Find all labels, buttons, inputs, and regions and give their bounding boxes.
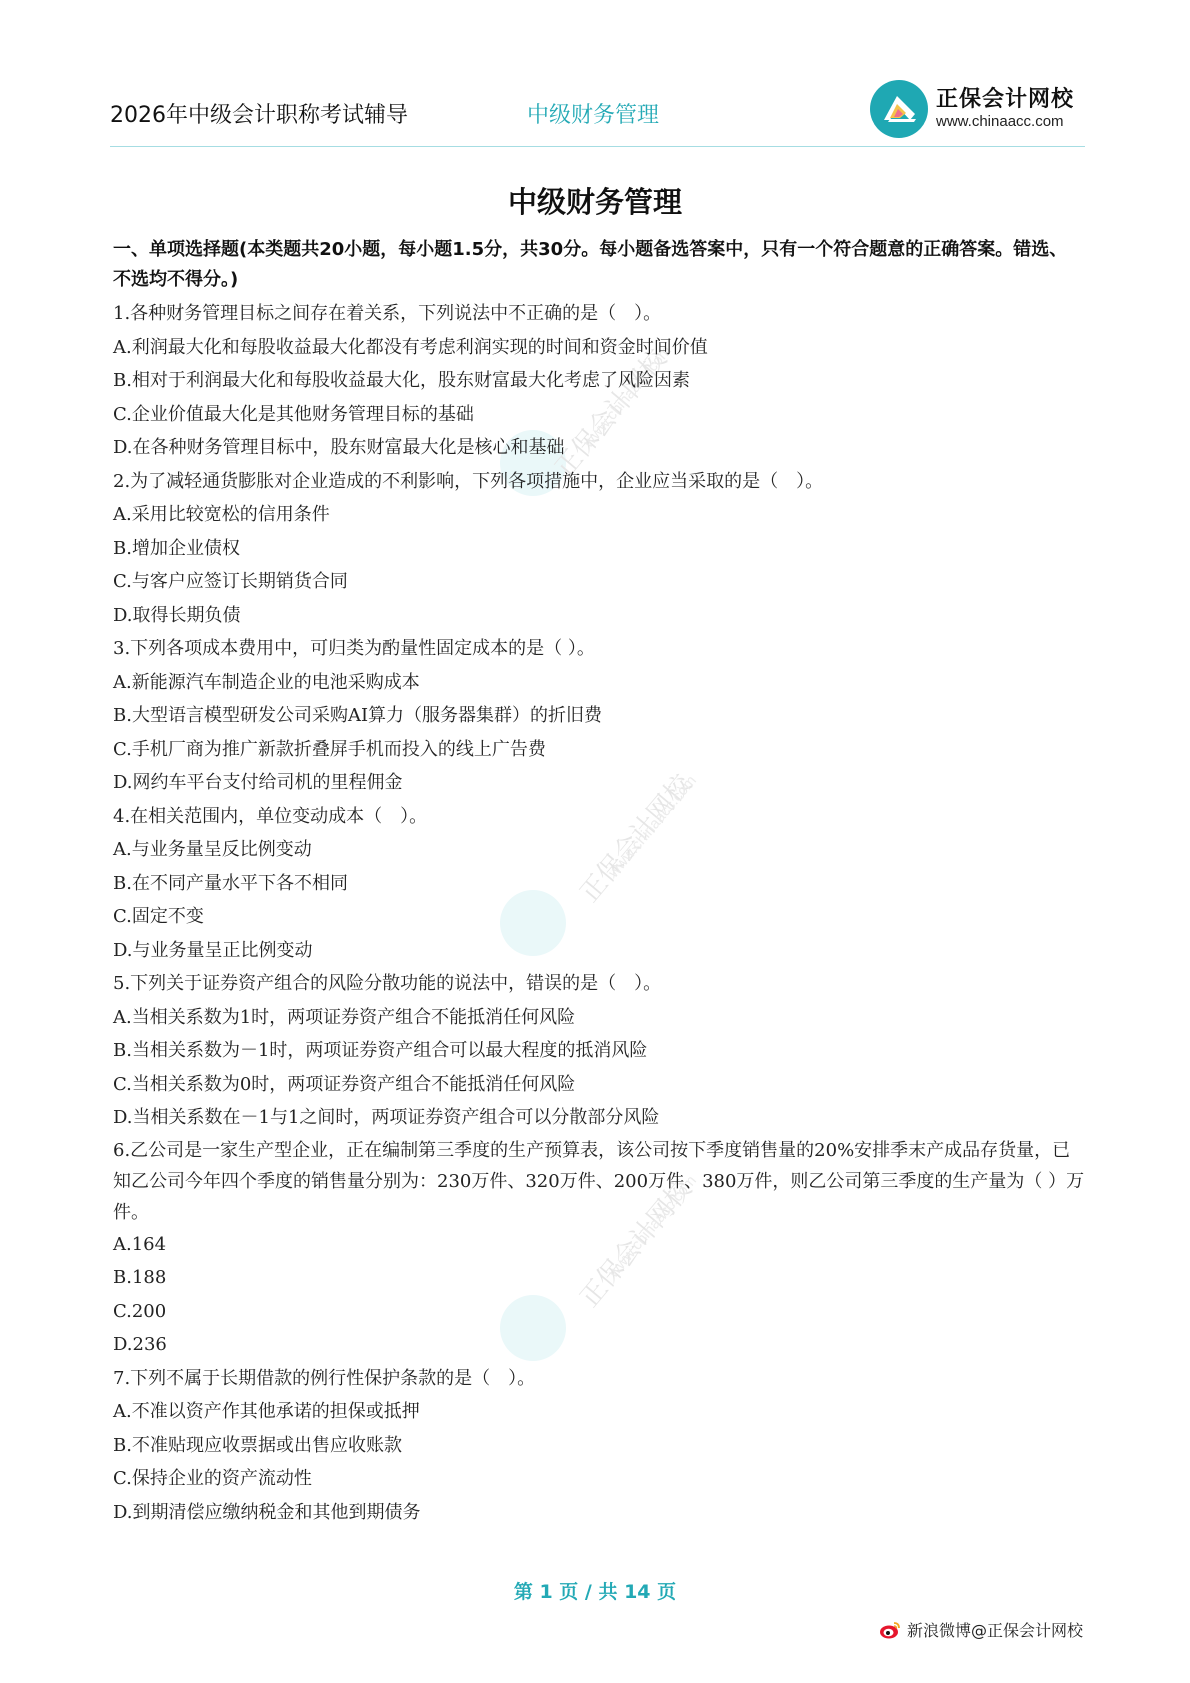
option-a: A.与业务量呈反比例变动 xyxy=(113,833,1085,867)
logo-url: www.chinaacc.com xyxy=(936,113,1064,130)
option-d: D.在各种财务管理目标中，股东财富最大化是核心和基础 xyxy=(113,431,1085,465)
option-d: D.网约车平台支付给司机的里程佣金 xyxy=(113,766,1085,800)
question-stem: 3.下列各项成本费用中，可归类为酌量性固定成本的是（ ）。 xyxy=(113,632,1085,666)
weibo-icon xyxy=(879,1621,901,1639)
document-body: 一、单项选择题(本类题共20小题，每小题1.5分，共30分。每小题备选答案中，只… xyxy=(113,235,1085,1529)
question-stem: 2.为了减轻通货膨胀对企业造成的不利影响，下列各项措施中，企业应当采取的是（ ）… xyxy=(113,465,1085,499)
option-b: B.188 xyxy=(113,1261,1085,1295)
option-c: C.手机厂商为推广新款折叠屏手机而投入的线上广告费 xyxy=(113,733,1085,767)
question-1: 1.各种财务管理目标之间存在着关系，下列说法中不正确的是（ ）。 A.利润最大化… xyxy=(113,297,1085,465)
question-2: 2.为了减轻通货膨胀对企业造成的不利影响，下列各项措施中，企业应当采取的是（ ）… xyxy=(113,465,1085,633)
page-indicator: 第 1 页 / 共 14 页 xyxy=(0,1577,1190,1604)
option-a: A.当相关系数为1时，两项证券资产组合不能抵消任何风险 xyxy=(113,1001,1085,1035)
option-c: C.固定不变 xyxy=(113,900,1085,934)
option-c: C.200 xyxy=(113,1295,1085,1329)
question-4: 4.在相关范围内，单位变动成本（ ）。 A.与业务量呈反比例变动 B.在不同产量… xyxy=(113,800,1085,968)
option-b: B.增加企业债权 xyxy=(113,532,1085,566)
option-d: D.当相关系数在－1与1之间时，两项证券资产组合可以分散部分风险 xyxy=(113,1101,1085,1135)
section-heading: 一、单项选择题(本类题共20小题，每小题1.5分，共30分。每小题备选答案中，只… xyxy=(113,235,1085,295)
option-b: B.不准贴现应收票据或出售应收账款 xyxy=(113,1429,1085,1463)
question-7: 7.下列不属于长期借款的例行性保护条款的是（ ）。 A.不准以资产作其他承诺的担… xyxy=(113,1362,1085,1530)
option-d: D.到期清偿应缴纳税金和其他到期债务 xyxy=(113,1496,1085,1530)
option-c: C.与客户应签订长期销货合同 xyxy=(113,565,1085,599)
option-d: D.取得长期负债 xyxy=(113,599,1085,633)
page-header: 2026年中级会计职称考试辅导 中级财务管理 正保会计网校 www.chinaa… xyxy=(110,80,1085,147)
option-a: A.采用比较宽松的信用条件 xyxy=(113,498,1085,532)
option-a: A.不准以资产作其他承诺的担保或抵押 xyxy=(113,1395,1085,1429)
question-stem: 5.下列关于证券资产组合的风险分散功能的说法中，错误的是（ ）。 xyxy=(113,967,1085,1001)
option-a: A.164 xyxy=(113,1228,1085,1262)
option-a: A.利润最大化和每股收益最大化都没有考虑利润实现的时间和资金时间价值 xyxy=(113,331,1085,365)
weibo-text: 新浪微博@正保会计网校 xyxy=(907,1618,1083,1641)
option-c: C.保持企业的资产流动性 xyxy=(113,1462,1085,1496)
question-5: 5.下列关于证券资产组合的风险分散功能的说法中，错误的是（ ）。 A.当相关系数… xyxy=(113,967,1085,1135)
question-stem: 1.各种财务管理目标之间存在着关系，下列说法中不正确的是（ ）。 xyxy=(113,297,1085,331)
option-a: A.新能源汽车制造企业的电池采购成本 xyxy=(113,666,1085,700)
weibo-link[interactable]: 新浪微博@正保会计网校 xyxy=(879,1618,1083,1641)
option-c: C.企业价值最大化是其他财务管理目标的基础 xyxy=(113,398,1085,432)
header-title: 2026年中级会计职称考试辅导 xyxy=(110,98,408,129)
option-d: D.236 xyxy=(113,1328,1085,1362)
logo-name: 正保会计网校 xyxy=(936,82,1074,113)
question-6: 6.乙公司是一家生产型企业，正在编制第三季度的生产预算表，该公司按下季度销售量的… xyxy=(113,1135,1085,1362)
question-3: 3.下列各项成本费用中，可归类为酌量性固定成本的是（ ）。 A.新能源汽车制造企… xyxy=(113,632,1085,800)
question-stem: 4.在相关范围内，单位变动成本（ ）。 xyxy=(113,800,1085,834)
option-b: B.当相关系数为－1时，两项证券资产组合可以最大程度的抵消风险 xyxy=(113,1034,1085,1068)
option-d: D.与业务量呈正比例变动 xyxy=(113,934,1085,968)
option-b: B.大型语言模型研发公司采购AI算力（服务器集群）的折旧费 xyxy=(113,699,1085,733)
option-b: B.在不同产量水平下各不相同 xyxy=(113,867,1085,901)
question-stem: 6.乙公司是一家生产型企业，正在编制第三季度的生产预算表，该公司按下季度销售量的… xyxy=(113,1135,1085,1228)
logo: 正保会计网校 www.chinaacc.com xyxy=(870,80,1085,140)
document-title: 中级财务管理 xyxy=(0,180,1190,221)
option-b: B.相对于利润最大化和每股收益最大化，股东财富最大化考虑了风险因素 xyxy=(113,364,1085,398)
logo-icon xyxy=(870,80,928,138)
question-stem: 7.下列不属于长期借款的例行性保护条款的是（ ）。 xyxy=(113,1362,1085,1396)
header-subject: 中级财务管理 xyxy=(527,98,659,129)
option-c: C.当相关系数为0时，两项证券资产组合不能抵消任何风险 xyxy=(113,1068,1085,1102)
